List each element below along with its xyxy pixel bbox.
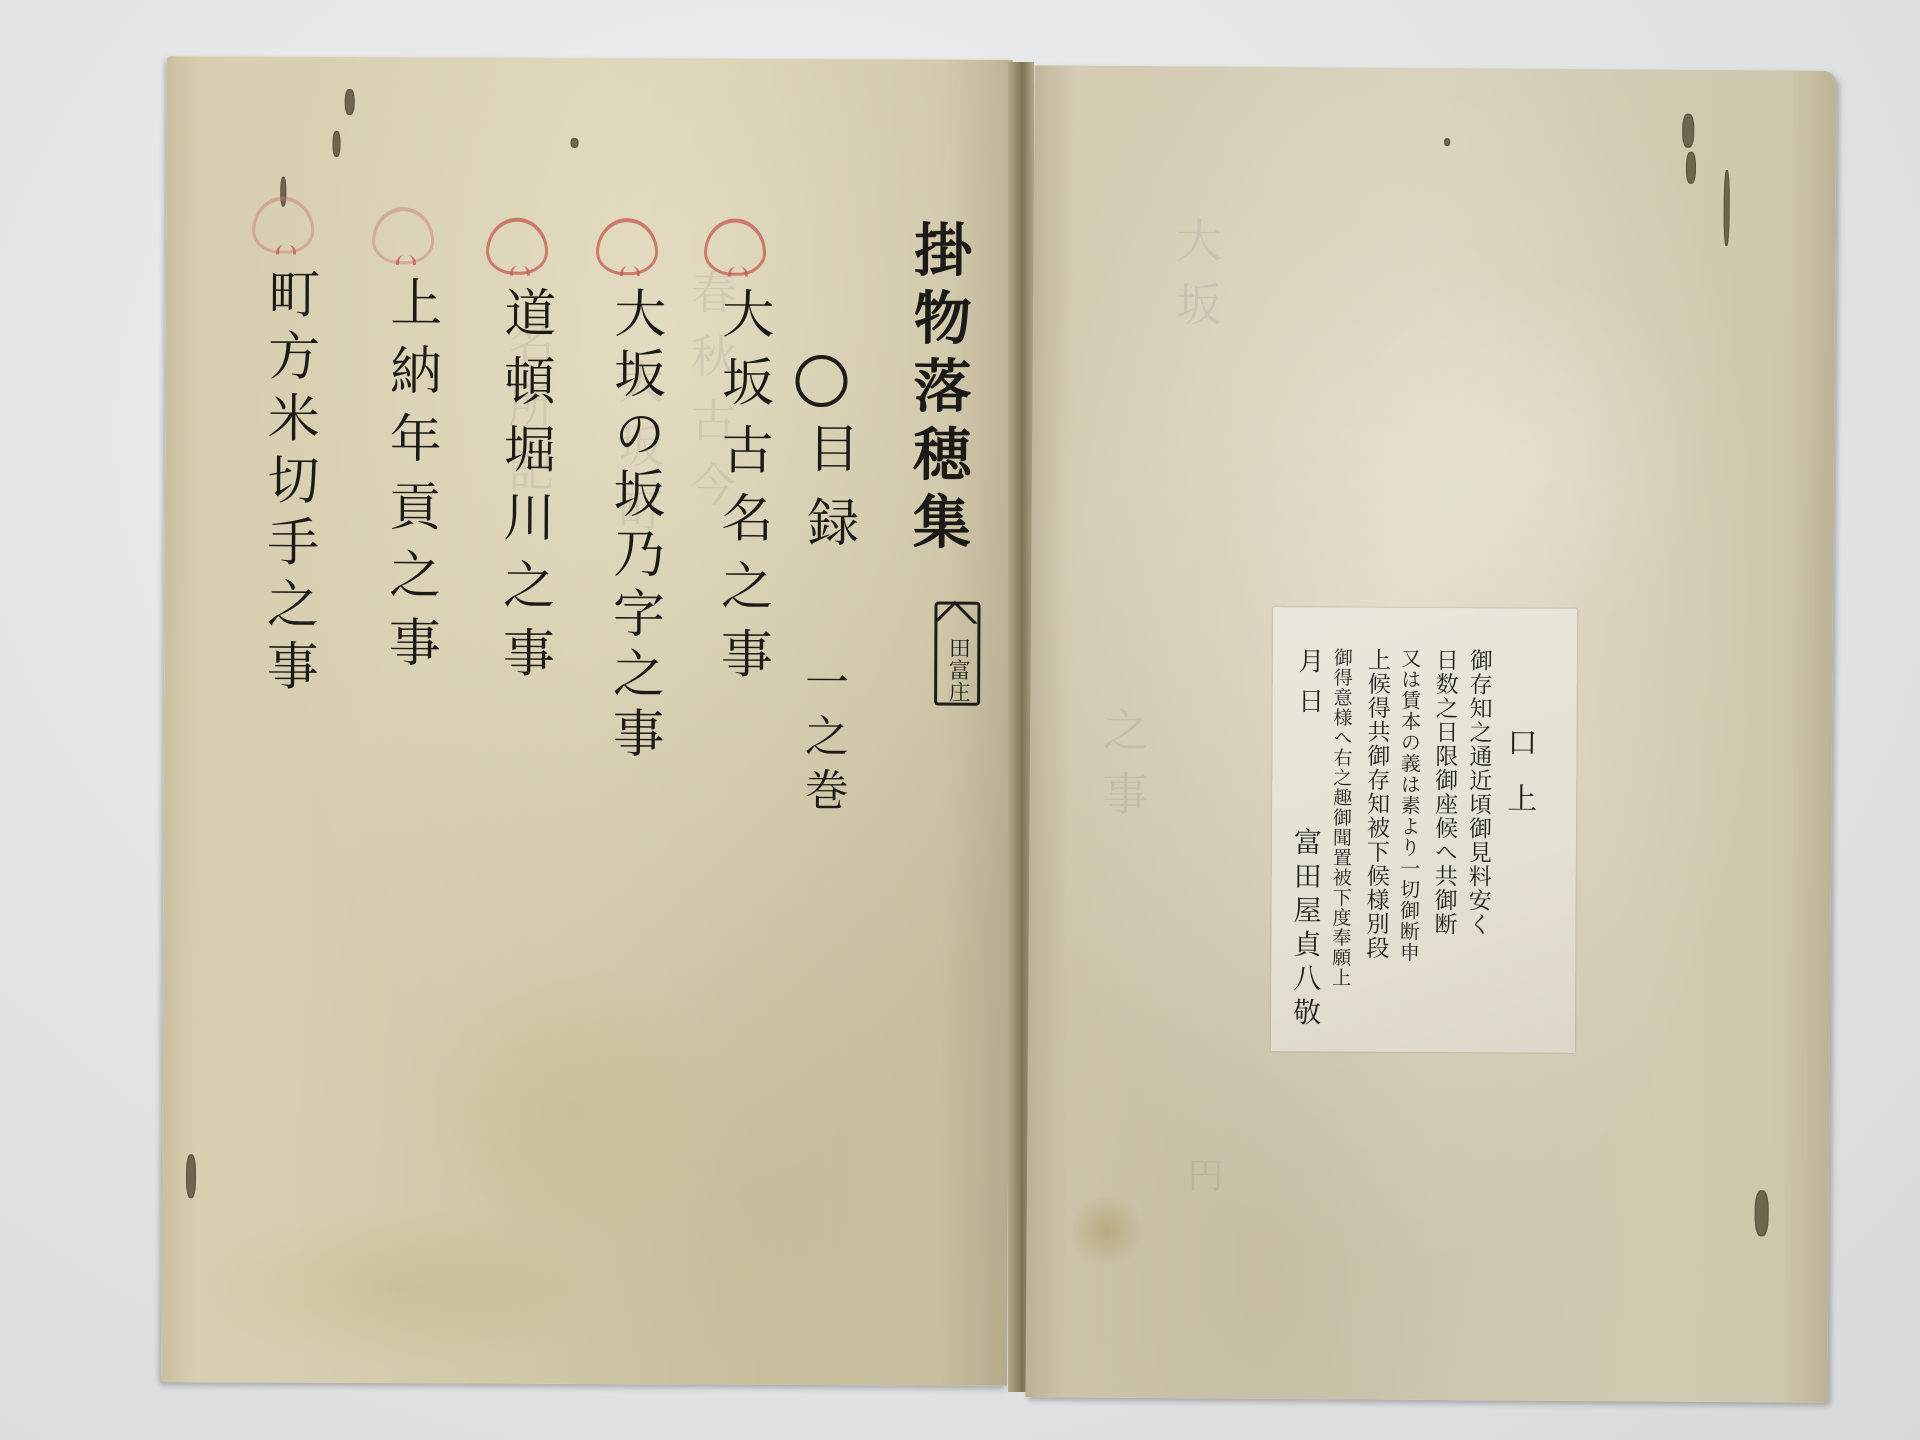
book-title: 掛物落穂集 [895,219,980,559]
worm-hole [1723,170,1730,246]
bleed-through-text: 之事 [1089,706,1156,834]
entry-2: 大坂の坂乃字之事 [596,286,673,766]
notice-signature: 富田屋貞八敬 [1289,827,1322,1031]
bleed-through-text: 円 [1177,1156,1228,1210]
worm-hole [332,131,340,157]
worm-hole [1444,138,1450,146]
worm-hole [1755,1190,1769,1236]
entry-4: 上納年貢之事 [372,275,449,683]
volume-label: 一之巻 [790,659,855,821]
entry-5: 町方米切手之事 [250,267,327,701]
paper-stain [1066,1195,1146,1266]
left-page: 春秋古今 大坂町 名所記 掛物落穂集 田富庄 目録 一之巻 大坂古名之事 大坂の… [161,56,1013,1386]
lending-library-notice-slip: 口上 御存知之通近頃御見料安く 日数之日限御座候へ共御断 又は賃本の義は素より一… [1271,607,1577,1053]
paper-stain [201,1206,622,1368]
entry-3: 道頓堀川之事 [486,286,563,694]
notice-line-5: 御得意様へ右之趣御聞置被下度奉願上 [1325,647,1357,987]
red-check-mark-icon [252,197,314,254]
owner-seal: 田富庄 [934,602,980,706]
circle-marker-icon [795,355,847,407]
red-check-mark-icon [596,218,658,275]
notice-heading: 口上 [1502,726,1535,838]
bleed-through-text: 大坂 [1163,216,1230,344]
red-check-mark-icon [372,207,434,264]
entry-1: 大坂古名之事 [704,287,781,695]
notice-date: 月日 [1293,647,1325,727]
open-book: 春秋古今 大坂町 名所記 掛物落穂集 田富庄 目録 一之巻 大坂古名之事 大坂の… [0,0,1920,1440]
notice-line-4: 上候得共御存知被下候様別段 [1359,648,1393,960]
worm-hole [1682,114,1694,148]
worm-hole [571,138,579,148]
red-check-mark-icon [486,218,548,275]
paper-highlight [1331,267,1714,650]
contents-heading: 目録 [791,421,867,569]
notice-line-2: 日数之日限御座候へ共御断 [1427,648,1461,936]
worm-hole [1686,152,1696,184]
red-check-mark-icon [704,219,766,276]
notice-line-1: 御存知之通近頃御見料安く [1461,648,1495,936]
worm-hole [345,89,355,115]
worm-hole [186,1154,196,1198]
notice-line-3: 又は賃本の義は素より一切御断申 [1393,648,1425,963]
